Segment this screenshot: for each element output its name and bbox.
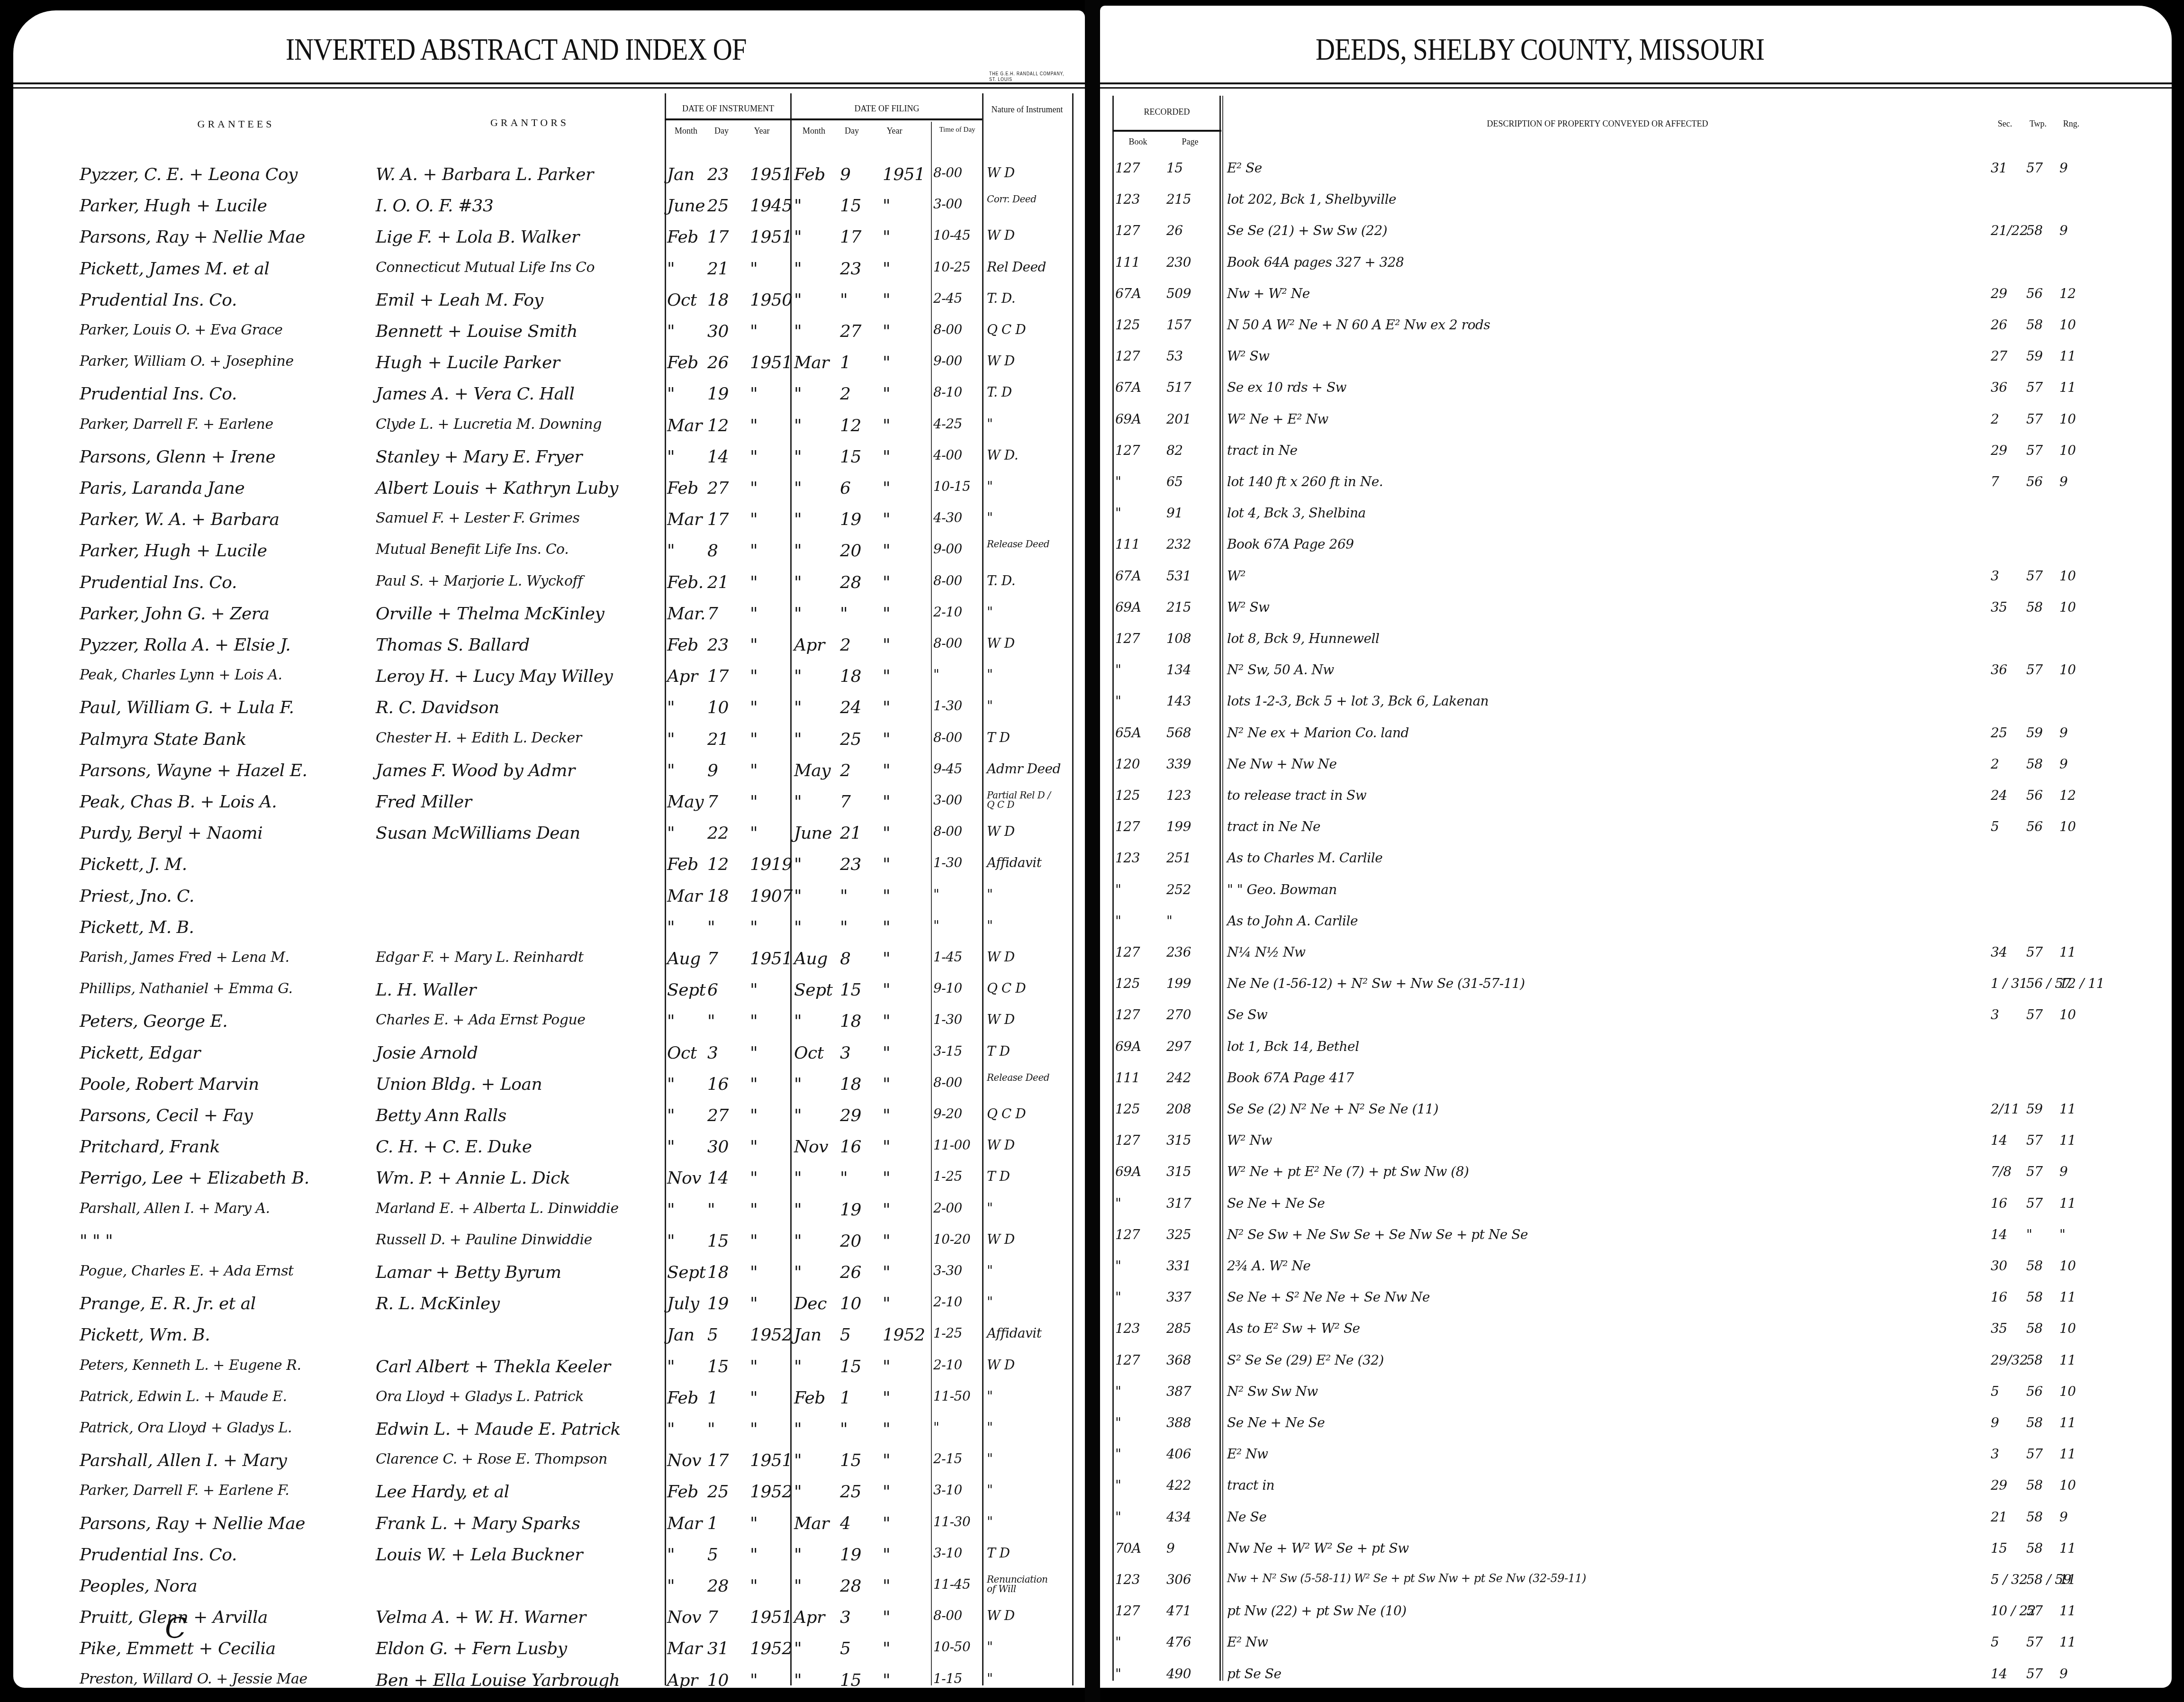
- filing-month: ": [794, 1451, 802, 1470]
- filing-day: 15: [840, 196, 861, 216]
- property-description: Nw Ne + W² W² Se + pt Sw: [1227, 1540, 1409, 1556]
- range: 10: [2059, 411, 2076, 427]
- instrument-month: ": [667, 447, 675, 467]
- grantor-name: Emil + Leah M. Foy: [376, 290, 543, 310]
- filing-day: 3: [840, 1043, 850, 1063]
- township: 58: [2026, 1352, 2043, 1368]
- nature-of-instrument: T D: [987, 730, 1010, 745]
- filing-month: ": [794, 1545, 802, 1565]
- table-row: Parker, W. A. + BarbaraSamuel F. + Leste…: [13, 506, 1085, 537]
- instrument-year: ": [750, 980, 758, 1000]
- range: 11: [2059, 1195, 2076, 1211]
- recorded-header-rule: [1112, 130, 1221, 132]
- instrument-year: 1945: [750, 196, 793, 216]
- township: 59: [2026, 725, 2043, 741]
- instrument-month: Sept: [667, 980, 705, 1000]
- property-description: Nw + N² Sw (5-58-11) W² Se + pt Sw Nw + …: [1227, 1572, 1586, 1585]
- filing-month: ": [794, 384, 802, 404]
- record-book: ": [1115, 1415, 1121, 1430]
- instrument-day: 23: [707, 165, 729, 184]
- record-book: 120: [1115, 756, 1140, 772]
- filing-month: ": [794, 1231, 802, 1251]
- filing-day: 15: [840, 447, 861, 467]
- filing-month: ": [794, 887, 802, 906]
- table-row: Priest, Jno. C.Mar181907""""": [13, 883, 1085, 914]
- record-page: 568: [1166, 725, 1191, 741]
- grantor-name: Chester H. + Edith L. Decker: [376, 730, 582, 746]
- date-header-rule: [665, 118, 982, 120]
- table-row: Parshall, Allen I. + MaryClarence C. + R…: [13, 1447, 1085, 1478]
- filing-year: ": [883, 1671, 890, 1690]
- record-page: 422: [1166, 1477, 1191, 1493]
- filing-time: 4-25: [933, 416, 962, 432]
- range: 11: [2059, 1603, 2076, 1619]
- record-book: 70A: [1115, 1540, 1141, 1556]
- filing-year: ": [883, 1012, 890, 1031]
- township: 56: [2026, 788, 2043, 803]
- table-row: Peak, Chas B. + Lois A.Fred MillerMay7""…: [13, 788, 1085, 820]
- property-description: lot 202, Bck 1, Shelbyville: [1227, 191, 1396, 207]
- grantor-name: Lamar + Betty Byrum: [376, 1263, 561, 1282]
- instrument-year: ": [750, 1545, 758, 1565]
- instrument-month: Feb.: [667, 573, 704, 592]
- record-book: 111: [1115, 536, 1140, 552]
- instrument-day: ": [707, 918, 715, 937]
- table-row: 67A509Nw + W² Ne295612: [1100, 282, 2172, 313]
- grantor-name: Albert Louis + Kathryn Luby: [376, 479, 618, 498]
- instrument-day: 23: [707, 635, 729, 655]
- nature-of-instrument: Q C D: [987, 1106, 1026, 1122]
- grantor-name: R. C. Davidson: [376, 698, 499, 717]
- filing-month: ": [794, 541, 802, 561]
- filing-day: 20: [840, 541, 861, 561]
- filing-time: ": [933, 667, 939, 682]
- instrument-month: Nov: [667, 1451, 701, 1470]
- filing-time: 3-30: [933, 1263, 962, 1278]
- table-row: Parshall, Allen I. + Mary A.Marland E. +…: [13, 1196, 1085, 1228]
- filing-day: 23: [840, 855, 861, 874]
- property-description: E² Se: [1227, 160, 1262, 176]
- filing-year: ": [883, 604, 890, 624]
- range: 10: [2059, 1007, 2076, 1023]
- instrument-year: ": [750, 541, 758, 561]
- grantees-header: GRANTEES: [189, 118, 283, 129]
- instrument-year: 1951: [750, 165, 793, 184]
- filing-day: 12: [840, 416, 861, 435]
- filing-day: 6: [840, 479, 850, 498]
- section: 2: [1991, 411, 1999, 427]
- filing-year: ": [883, 384, 890, 404]
- nature-of-instrument: ": [987, 1671, 993, 1686]
- nature-of-instrument: Q C D: [987, 322, 1026, 337]
- instrument-month: ": [667, 730, 675, 749]
- grantee-name: Peak, Chas B. + Lois A.: [80, 792, 277, 812]
- table-row: 127471pt Nw (22) + pt Sw Ne (10)10 / 225…: [1100, 1599, 2172, 1630]
- range: 11: [2059, 1352, 2076, 1368]
- filing-time: 1-30: [933, 855, 962, 870]
- grantee-name: Parsons, Glenn + Irene: [80, 447, 275, 467]
- filing-month: ": [794, 855, 802, 874]
- township: 59: [2026, 348, 2043, 364]
- record-page: 242: [1166, 1070, 1191, 1086]
- filing-month: May: [794, 761, 830, 780]
- instrument-day: 27: [707, 1106, 729, 1125]
- filing-time: 9-45: [933, 761, 962, 777]
- table-row: Parsons, Glenn + IreneStanley + Mary E. …: [13, 444, 1085, 475]
- filing-time: 2-10: [933, 1294, 962, 1310]
- filing-month: ": [794, 1168, 802, 1188]
- table-row: Phillips, Nathaniel + Emma G.L. H. Walle…: [13, 977, 1085, 1008]
- filing-day: 26: [840, 1263, 861, 1282]
- range: 9: [2059, 1666, 2067, 1682]
- filing-year: ": [883, 1263, 890, 1282]
- property-description: Ne Se: [1227, 1509, 1266, 1525]
- instrument-day: 19: [707, 1294, 729, 1313]
- instrument-month: May: [667, 792, 704, 812]
- grantor-name: Clarence C. + Rose E. Thompson: [376, 1451, 607, 1467]
- property-description: Book 67A Page 269: [1227, 536, 1354, 552]
- filing-time: 1-30: [933, 698, 962, 714]
- township: 57: [2026, 1164, 2043, 1179]
- filing-year: ": [883, 730, 890, 749]
- grantee-name: Parker, John G. + Zera: [80, 604, 269, 624]
- property-description: lot 8, Bck 9, Hunnewell: [1227, 631, 1379, 646]
- instrument-year: ": [750, 259, 758, 279]
- instrument-day: 7: [707, 949, 718, 969]
- grantee-name: Poole, Robert Marvin: [80, 1075, 259, 1094]
- section: 16: [1991, 1289, 2007, 1305]
- filing-year: ": [883, 1357, 890, 1376]
- instrument-day: 10: [707, 698, 729, 717]
- instrument-day: 15: [707, 1357, 729, 1376]
- instrument-year: ": [750, 761, 758, 780]
- filing-time: 4-00: [933, 447, 962, 463]
- instrument-day: 5: [707, 1545, 718, 1565]
- filing-month: June: [794, 824, 832, 843]
- nature-of-instrument: T D: [987, 1545, 1010, 1561]
- township: 56: [2026, 819, 2043, 834]
- table-row: 69A201W² Ne + E² Nw25710: [1100, 407, 2172, 439]
- filing-month: ": [794, 1671, 802, 1690]
- table-row: Parsons, Ray + Nellie MaeLige F. + Lola …: [13, 224, 1085, 255]
- township: ": [2026, 1227, 2032, 1242]
- nature-of-instrument: ": [987, 479, 993, 494]
- record-book: 125: [1115, 788, 1140, 803]
- filing-month: ": [794, 1639, 802, 1658]
- filing-day: 15: [840, 1451, 861, 1470]
- table-row: " " "Russell D. + Pauline Dinwiddie"15""…: [13, 1228, 1085, 1259]
- section: 34: [1991, 944, 2007, 960]
- grantor-name: Lee Hardy, et al: [376, 1482, 509, 1502]
- range: 9: [2059, 756, 2067, 772]
- township: 57: [2026, 411, 2043, 427]
- township: 58: [2026, 1509, 2043, 1525]
- filing-time: ": [933, 918, 939, 933]
- filing-month-header: Month: [795, 127, 833, 136]
- filing-year: ": [883, 1137, 890, 1157]
- township: 58: [2026, 1540, 2043, 1556]
- grantor-name: C. H. + C. E. Duke: [376, 1137, 532, 1157]
- instrument-year: ": [750, 479, 758, 498]
- table-row: 123251As to Charles M. Carlile: [1100, 846, 2172, 878]
- filing-time: 3-00: [933, 196, 962, 212]
- grantee-name: Prudential Ins. Co.: [80, 1545, 237, 1565]
- property-description: lot 1, Bck 14, Bethel: [1227, 1039, 1359, 1054]
- record-book: 69A: [1115, 1164, 1141, 1179]
- instrument-month: July: [667, 1294, 699, 1313]
- grantor-name: L. H. Waller: [376, 980, 476, 1000]
- grantor-name: Ora Lloyd + Gladys L. Patrick: [376, 1388, 584, 1405]
- filing-year: ": [883, 887, 890, 906]
- nature-of-instrument: W D: [987, 1012, 1015, 1027]
- table-row: 67A517Se ex 10 rds + Sw365711: [1100, 376, 2172, 407]
- instrument-year: ": [750, 384, 758, 404]
- filing-month: ": [794, 479, 802, 498]
- section: 14: [1991, 1132, 2007, 1148]
- filing-month: ": [794, 322, 802, 341]
- filing-time: 1-45: [933, 949, 962, 965]
- nature-of-instrument: W D: [987, 227, 1015, 243]
- grantee-name: Peak, Charles Lynn + Lois A.: [80, 667, 282, 683]
- filing-day: 1: [840, 1388, 850, 1408]
- section: 5 / 32: [1991, 1572, 2028, 1587]
- filing-day: 25: [840, 730, 861, 749]
- header-rule-top: [13, 82, 1085, 84]
- range: 10: [2059, 317, 2076, 333]
- instrument-day: 14: [707, 1168, 729, 1188]
- section: 9: [1991, 1415, 1999, 1430]
- instrument-year: 1919: [750, 855, 793, 874]
- filing-year: ": [883, 1576, 890, 1596]
- filing-month: ": [794, 573, 802, 592]
- table-row: Pickett, Wm. B.Jan51952Jan519521-25Affid…: [13, 1322, 1085, 1353]
- table-row: 69A315W² Ne + pt E² Ne (7) + pt Sw Nw (8…: [1100, 1160, 2172, 1191]
- instrument-month: ": [667, 1106, 675, 1125]
- section: 7/8: [1991, 1164, 2012, 1179]
- filing-month: ": [794, 1420, 802, 1439]
- section: 21/22: [1991, 223, 2028, 238]
- margin-scribble: C: [165, 1612, 187, 1645]
- grantor-name: Edgar F. + Mary L. Reinhardt: [376, 949, 583, 966]
- nature-of-instrument: Release Deed: [987, 1073, 1058, 1082]
- instrument-month: ": [667, 1576, 675, 1596]
- record-book: 123: [1115, 191, 1140, 207]
- filing-day: 8: [840, 949, 850, 969]
- filing-month: ": [794, 447, 802, 467]
- instrument-year: ": [750, 1075, 758, 1094]
- filing-month: Feb: [794, 1388, 825, 1408]
- instrument-month: ": [667, 1200, 675, 1220]
- filing-year: ": [883, 1639, 890, 1658]
- grantee-name: Pickett, M. B.: [80, 918, 194, 937]
- section: 5: [1991, 1384, 1999, 1399]
- grantor-name: Marland E. + Alberta L. Dinwiddie: [376, 1200, 619, 1217]
- filing-month: Sept: [794, 980, 832, 1000]
- range: 9: [2059, 1509, 2067, 1525]
- grantor-name: Stanley + Mary E. Fryer: [376, 447, 582, 467]
- record-book: 125: [1115, 317, 1140, 333]
- filing-day: ": [840, 290, 848, 310]
- filing-year: ": [883, 1231, 890, 1251]
- property-description: pt Se Se: [1227, 1666, 1281, 1682]
- table-row: "65lot 140 ft x 260 ft in Ne.7569: [1100, 470, 2172, 501]
- record-page: 490: [1166, 1666, 1191, 1682]
- instrument-month: Feb: [667, 635, 698, 655]
- recorded-header: RECORDED: [1114, 108, 1219, 117]
- instrument-month: Mar: [667, 1514, 702, 1533]
- property-description: Nw + W² Ne: [1227, 286, 1310, 301]
- township: 58: [2026, 317, 2043, 333]
- table-row: ""As to John A. Carlile: [1100, 909, 2172, 941]
- filing-year: ": [883, 824, 890, 843]
- grantor-name: Paul S. + Marjorie L. Wyckoff: [376, 573, 583, 589]
- table-row: "422tract in295810: [1100, 1474, 2172, 1505]
- section: 29: [1991, 1477, 2007, 1493]
- instrument-month: ": [667, 384, 675, 404]
- instrument-year: ": [750, 730, 758, 749]
- table-row: "490pt Se Se14579: [1100, 1662, 2172, 1693]
- grantee-name: Peoples, Nora: [80, 1576, 197, 1596]
- record-page: 215: [1166, 599, 1191, 615]
- section: 7: [1991, 474, 1999, 489]
- filing-year: ": [883, 635, 890, 655]
- table-row: Prudential Ins. Co.Louis W. + Lela Buckn…: [13, 1541, 1085, 1573]
- grantee-name: Pritchard, Frank: [80, 1137, 220, 1157]
- table-row: 111242Book 67A Page 417: [1100, 1066, 2172, 1097]
- filing-year: ": [883, 980, 890, 1000]
- table-row: Pickett, J. M.Feb121919"23"1-30Affidavit: [13, 851, 1085, 882]
- range: 11: [2059, 380, 2076, 395]
- filing-day: 10: [840, 1294, 861, 1313]
- instrument-year: ": [750, 1168, 758, 1188]
- grantee-name: Parsons, Ray + Nellie Mae: [80, 1514, 305, 1533]
- section: 3: [1991, 568, 1999, 584]
- filing-time: 9-00: [933, 541, 962, 557]
- filing-time: 8-00: [933, 573, 962, 588]
- record-page: 208: [1166, 1101, 1191, 1117]
- property-description: W² Ne + pt E² Ne (7) + pt Sw Nw (8): [1227, 1164, 1469, 1179]
- table-row: "476E² Nw55711: [1100, 1630, 2172, 1662]
- range: ": [2059, 1227, 2065, 1242]
- grantee-name: Patrick, Edwin L. + Maude E.: [80, 1388, 287, 1405]
- range: 11: [2059, 944, 2076, 960]
- filing-year: ": [883, 322, 890, 341]
- township: 57: [2026, 1634, 2043, 1650]
- filing-time: 8-00: [933, 635, 962, 651]
- record-page: 123: [1166, 788, 1191, 803]
- grantee-name: Parker, Hugh + Lucile: [80, 541, 267, 561]
- date-of-filing-header: DATE OF FILING: [792, 104, 982, 113]
- instrument-day: 17: [707, 227, 729, 247]
- filing-day: ": [840, 887, 848, 906]
- township: 56: [2026, 474, 2043, 489]
- table-row: 120339Ne Nw + Nw Ne2589: [1100, 752, 2172, 784]
- record-page: 406: [1166, 1446, 1191, 1462]
- filing-year: ": [883, 918, 890, 937]
- record-book: 127: [1115, 160, 1140, 176]
- filing-month: ": [794, 1106, 802, 1125]
- instrument-day: ": [707, 1200, 715, 1220]
- instrument-month: Aug: [667, 949, 701, 969]
- instrument-month: ": [667, 698, 675, 717]
- grantee-name: Patrick, Ora Lloyd + Gladys L.: [80, 1420, 292, 1436]
- instrument-month: Feb: [667, 227, 698, 247]
- filing-day: 23: [840, 259, 861, 279]
- instrument-month: ": [667, 1012, 675, 1031]
- filing-month: ": [794, 698, 802, 717]
- record-book: 127: [1115, 1603, 1140, 1619]
- section: 35: [1991, 1321, 2007, 1336]
- filing-time: 1-15: [933, 1671, 962, 1686]
- record-page: ": [1166, 913, 1172, 929]
- record-page: 509: [1166, 286, 1191, 301]
- nature-of-instrument: ": [987, 510, 993, 525]
- instrument-year: ": [750, 1388, 758, 1408]
- range: 9: [2059, 223, 2067, 238]
- table-row: "388Se Ne + Ne Se95811: [1100, 1411, 2172, 1442]
- filing-year: ": [883, 290, 890, 310]
- record-page: 315: [1166, 1164, 1191, 1179]
- range: 10: [2059, 568, 2076, 584]
- grantee-name: Parker, Louis O. + Eva Grace: [80, 322, 283, 338]
- filing-time: 2-00: [933, 1200, 962, 1216]
- grantee-name: Peters, Kenneth L. + Eugene R.: [80, 1357, 301, 1374]
- grantor-name: Samuel F. + Lester F. Grimes: [376, 510, 579, 526]
- table-row: 127325N² Se Sw + Ne Sw Se + Se Nw Se + p…: [1100, 1223, 2172, 1254]
- filing-day: 9: [840, 165, 850, 184]
- instrument-month: Mar: [667, 1639, 702, 1658]
- filing-time: 9-10: [933, 980, 962, 996]
- table-row: 125157N 50 A W² Ne + N 60 A E² Nw ex 2 r…: [1100, 313, 2172, 344]
- section: 27: [1991, 348, 2007, 364]
- grantee-name: Perrigo, Lee + Elizabeth B.: [80, 1168, 309, 1188]
- table-row: "406E² Nw35711: [1100, 1442, 2172, 1474]
- filing-year: ": [883, 1482, 890, 1502]
- property-description: tract in Ne Ne: [1227, 819, 1320, 834]
- record-book: 127: [1115, 944, 1140, 960]
- grantee-name: Preston, Willard O. + Jessie Mae: [80, 1671, 307, 1687]
- grantor-name: Clyde L. + Lucretia M. Downing: [376, 416, 602, 433]
- filing-year: ": [883, 1075, 890, 1094]
- instrument-day: 26: [707, 353, 729, 372]
- filing-year: ": [883, 855, 890, 874]
- grantee-name: Priest, Jno. C.: [80, 887, 194, 906]
- section: 26: [1991, 317, 2007, 333]
- instrument-year: ": [750, 604, 758, 624]
- record-page: 297: [1166, 1039, 1191, 1054]
- table-row: 12753W² Sw275911: [1100, 344, 2172, 376]
- record-page: 306: [1166, 1572, 1191, 1587]
- range: 11: [2059, 1101, 2076, 1117]
- section: 15: [1991, 1540, 2007, 1556]
- property-description: 2¾ A. W² Ne: [1227, 1258, 1310, 1274]
- instrument-day: 21: [707, 730, 729, 749]
- filing-month: Mar: [794, 353, 829, 372]
- filing-day: 2: [840, 635, 850, 655]
- instrument-year: 1952: [750, 1325, 793, 1345]
- table-row: "143lots 1-2-3, Bck 5 + lot 3, Bck 6, La…: [1100, 689, 2172, 721]
- instrument-month: Jan: [667, 165, 695, 184]
- grantee-name: Parsons, Ray + Nellie Mae: [80, 227, 305, 247]
- record-page: 236: [1166, 944, 1191, 960]
- section: 14: [1991, 1666, 2007, 1682]
- grantor-name: Fred Miller: [376, 792, 471, 812]
- property-description: " " Geo. Bowman: [1227, 882, 1337, 897]
- right-page-title: DEEDS, SHELBY COUNTY, MISSOURI: [1316, 32, 1764, 68]
- table-row: Pyzzer, Rolla A. + Elsie J.Thomas S. Bal…: [13, 632, 1085, 663]
- instrument-day: 10: [707, 1671, 729, 1690]
- page-header: Page: [1171, 137, 1209, 146]
